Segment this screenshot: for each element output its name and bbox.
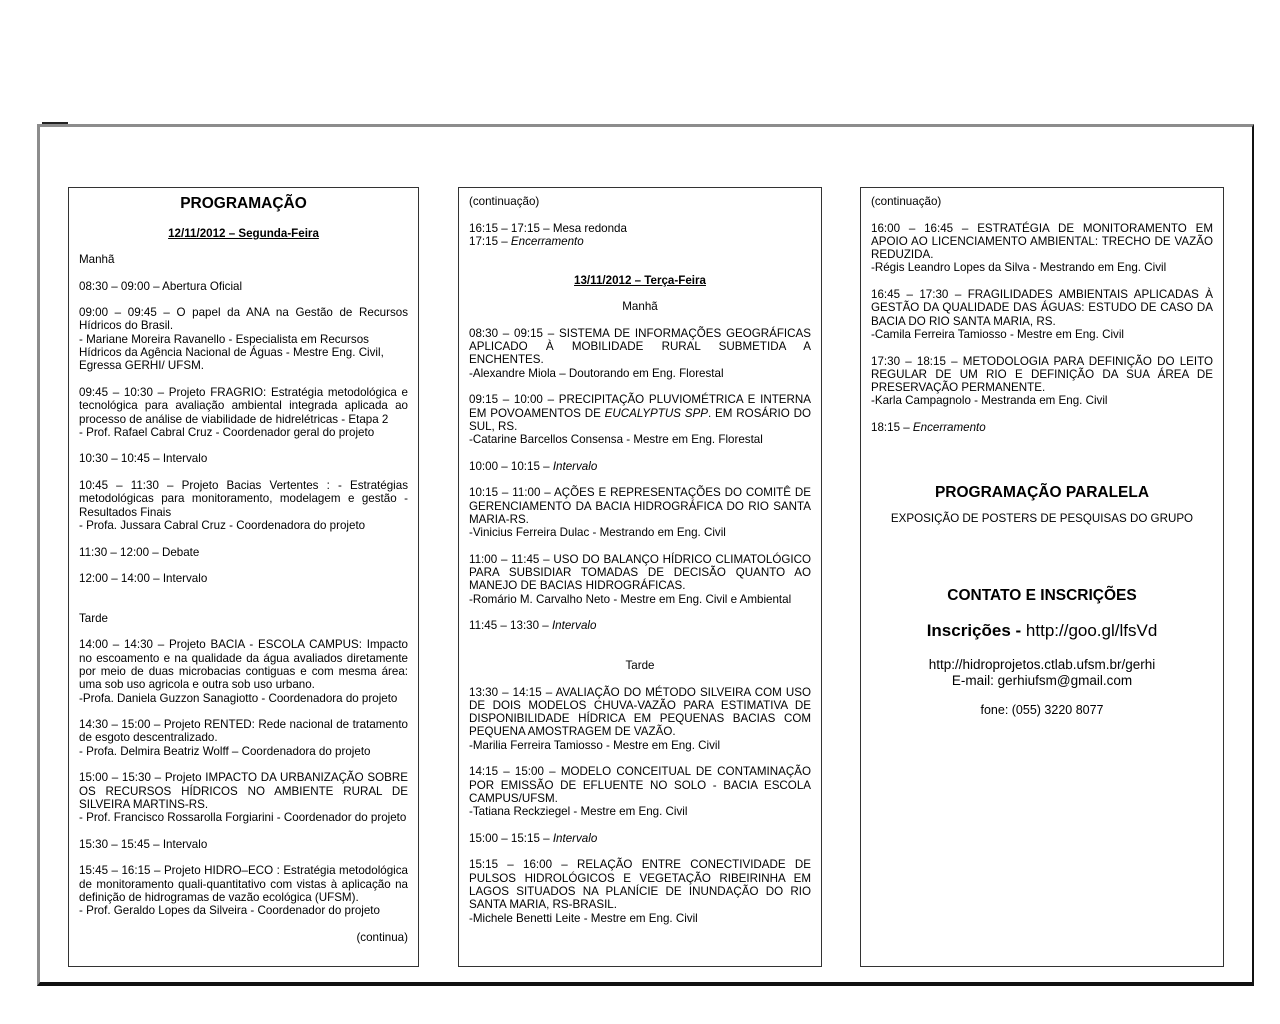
schedule-item: 17:30 – 18:15 – METODOLOGIA PARA DEFINIÇ… xyxy=(871,355,1213,408)
day1-morning-list: 08:30 – 09:00 – Abertura Oficial09:00 – … xyxy=(79,280,408,586)
item-time: 10:45 – 11:30 – xyxy=(79,479,182,492)
phone-contact: fone: (055) 3220 8077 xyxy=(871,704,1213,717)
item-speaker: - Mariane Moreira Ravanello - Especialis… xyxy=(79,333,408,373)
schedule-item: 11:45 – 13:30 – Intervalo xyxy=(469,619,811,632)
schedule-item: 18:15 – Encerramento xyxy=(871,421,1213,434)
schedule-item: 10:30 – 10:45 – Intervalo xyxy=(79,452,408,465)
item-speaker: - Prof. Francisco Rossarolla Forgiarini … xyxy=(79,811,408,824)
item-time: 13:30 – 14:15 – xyxy=(469,686,556,699)
item-text: Intervalo xyxy=(163,838,207,851)
registration-label: Inscrições - xyxy=(927,621,1026,640)
item-text: Encerramento xyxy=(511,235,584,248)
item-speaker: -Catarine Barcellos Consensa - Mestre em… xyxy=(469,433,811,446)
schedule-item: 16:00 – 16:45 – ESTRATÉGIA DE MONITORAME… xyxy=(871,222,1213,275)
item-title: 15:00 – 15:30 – Projeto IMPACTO DA URBAN… xyxy=(79,771,408,811)
panel-day2-continued: (continuação) 16:00 – 16:45 – ESTRATÉGIA… xyxy=(860,187,1224,967)
item-title: 18:15 – Encerramento xyxy=(871,421,1213,434)
schedule-item: 08:30 – 09:00 – Abertura Oficial xyxy=(79,280,408,293)
schedule-item: 14:15 – 15:00 – MODELO CONCEITUAL DE CON… xyxy=(469,765,811,818)
item-time: 09:45 – 10:30 – xyxy=(79,386,169,399)
item-text-italic: EUCALYPTUS SPP xyxy=(605,407,708,420)
item-time: 15:15 – 16:00 – xyxy=(469,858,577,871)
day1-afternoon-label: Tarde xyxy=(79,612,408,625)
item-speaker: - Profa. Jussara Cabral Cruz - Coordenad… xyxy=(79,519,408,532)
item-title: 11:45 – 13:30 – Intervalo xyxy=(469,619,811,632)
item-text: Debate xyxy=(162,546,199,559)
item-text: Intervalo xyxy=(552,619,596,632)
item-title: 11:30 – 12:00 – Debate xyxy=(79,546,408,559)
item-speaker: -Michele Benetti Leite - Mestre em Eng. … xyxy=(469,912,811,925)
item-speaker: -Tatiana Reckziegel - Mestre em Eng. Civ… xyxy=(469,805,811,818)
item-title: 17:30 – 18:15 – METODOLOGIA PARA DEFINIÇ… xyxy=(871,355,1213,395)
schedule-item: 09:00 – 09:45 – O papel da ANA na Gestão… xyxy=(79,306,408,372)
schedule-item: 10:45 – 11:30 – Projeto Bacias Vertentes… xyxy=(79,479,408,532)
item-speaker: -Vinicius Ferreira Dulac - Mestrando em … xyxy=(469,526,811,539)
item-time: 10:30 – 10:45 – xyxy=(79,452,163,465)
item-speaker: -Profa. Daniela Guzzon Sanagiotto - Coor… xyxy=(79,692,408,705)
item-title: 09:15 – 10:00 – PRECIPITAÇÃO PLUVIOMÉTRI… xyxy=(469,393,811,433)
registration-link[interactable]: http://goo.gl/lfsVd xyxy=(1026,621,1157,640)
item-time: 10:15 – 11:00 – xyxy=(469,486,554,499)
day2-morning-label: Manhã xyxy=(469,300,811,313)
item-title: 09:45 – 10:30 – Projeto FRAGRIO: Estraté… xyxy=(79,386,408,426)
item-title: 10:30 – 10:45 – Intervalo xyxy=(79,452,408,465)
item-time: 15:00 – 15:30 – xyxy=(79,771,165,784)
day2-date: 13/11/2012 – Terça-Feira xyxy=(469,274,811,287)
continuation-label: (continuação) xyxy=(871,195,1213,208)
item-time: 16:00 – 16:45 – xyxy=(871,222,977,235)
item-time: 18:15 – xyxy=(871,421,913,434)
item-title: 11:00 – 11:45 – USO DO BALANÇO HÍDRICO C… xyxy=(469,553,811,593)
item-time: 15:30 – 15:45 – xyxy=(79,838,163,851)
schedule-item: 09:15 – 10:00 – PRECIPITAÇÃO PLUVIOMÉTRI… xyxy=(469,393,811,446)
item-time: 14:15 – 15:00 – xyxy=(469,765,561,778)
item-title: 16:45 – 17:30 – FRAGILIDADES AMBIENTAIS … xyxy=(871,288,1213,328)
item-text: Intervalo xyxy=(553,460,597,473)
program-title: PROGRAMAÇÃO xyxy=(79,195,408,213)
item-speaker: - Profa. Delmira Beatriz Wolff – Coorden… xyxy=(79,745,408,758)
website-link[interactable]: http://hidroprojetos.ctlab.ufsm.br/gerhi xyxy=(871,657,1213,673)
item-time: 08:30 – 09:00 – xyxy=(79,280,162,293)
item-title: 10:15 – 11:00 – AÇÕES E REPRESENTAÇÕES D… xyxy=(469,486,811,526)
schedule-item: 11:00 – 11:45 – USO DO BALANÇO HÍDRICO C… xyxy=(469,553,811,606)
item-speaker: -Alexandre Miola – Doutorando em Eng. Fl… xyxy=(469,367,811,380)
item-time: 17:30 – 18:15 – xyxy=(871,355,963,368)
schedule-item: 15:00 – 15:15 – Intervalo xyxy=(469,832,811,845)
item-text: Mesa redonda xyxy=(553,222,627,235)
day2-afternoon-list: 13:30 – 14:15 – AVALIAÇÃO DO MÉTODO SILV… xyxy=(469,686,811,925)
item-time: 08:30 – 09:15 – xyxy=(469,327,559,340)
item-speaker: - Prof. Geraldo Lopes da Silveira - Coor… xyxy=(79,904,408,917)
item-title: 10:00 – 10:15 – Intervalo xyxy=(469,460,811,473)
schedule-item: 10:00 – 10:15 – Intervalo xyxy=(469,460,811,473)
item-time: 15:45 – 16:15 – xyxy=(79,864,164,877)
item-time: 11:00 – 11:45 – xyxy=(469,553,553,566)
panel-programacao: PROGRAMAÇÃO 12/11/2012 – Segunda-Feira M… xyxy=(68,187,419,967)
item-time: 14:00 – 14:30 – xyxy=(79,638,169,651)
closing-item: 17:15 – Encerramento xyxy=(469,235,811,248)
closing-item: 16:15 – 17:15 – Mesa redonda xyxy=(469,222,811,235)
day1-closing: 16:15 – 17:15 – Mesa redonda 17:15 – Enc… xyxy=(469,222,811,249)
schedule-item: 09:45 – 10:30 – Projeto FRAGRIO: Estraté… xyxy=(79,386,408,439)
schedule-item: 08:30 – 09:15 – SISTEMA DE INFORMAÇÕES G… xyxy=(469,327,811,380)
item-title: 08:30 – 09:00 – Abertura Oficial xyxy=(79,280,408,293)
parallel-program-title: PROGRAMAÇÃO PARALELA xyxy=(871,484,1213,502)
schedule-item: 13:30 – 14:15 – AVALIAÇÃO DO MÉTODO SILV… xyxy=(469,686,811,752)
item-time: 11:45 – 13:30 – xyxy=(469,619,552,632)
item-title: 15:30 – 15:45 – Intervalo xyxy=(79,838,408,851)
item-time: 15:00 – 15:15 – xyxy=(469,832,553,845)
schedule-item: 14:00 – 14:30 – Projeto BACIA - ESCOLA C… xyxy=(79,638,408,704)
item-speaker: -Romário M. Carvalho Neto - Mestre em En… xyxy=(469,593,811,606)
schedule-item: 15:45 – 16:15 – Projeto HIDRO–ECO : Estr… xyxy=(79,864,408,917)
schedule-item: 10:15 – 11:00 – AÇÕES E REPRESENTAÇÕES D… xyxy=(469,486,811,539)
item-text: Abertura Oficial xyxy=(162,280,242,293)
item-time: 12:00 – 14:00 – xyxy=(79,572,163,585)
email-contact[interactable]: E-mail: gerhiufsm@gmail.com xyxy=(871,673,1213,689)
item-title: 16:00 – 16:45 – ESTRATÉGIA DE MONITORAME… xyxy=(871,222,1213,262)
item-text: Encerramento xyxy=(913,421,986,434)
item-title: 12:00 – 14:00 – Intervalo xyxy=(79,572,408,585)
item-title: 15:15 – 16:00 – RELAÇÃO ENTRE CONECTIVID… xyxy=(469,858,811,911)
item-time: 09:00 – 09:45 – xyxy=(79,306,177,319)
schedule-item: 11:30 – 12:00 – Debate xyxy=(79,546,408,559)
registration-line: Inscrições - http://goo.gl/lfsVd xyxy=(871,621,1213,641)
continuation-label: (continuação) xyxy=(469,195,811,208)
item-speaker: -Marilia Ferreira Tamiosso - Mestre em E… xyxy=(469,739,811,752)
item-title: 08:30 – 09:15 – SISTEMA DE INFORMAÇÕES G… xyxy=(469,327,811,367)
day1-morning-label: Manhã xyxy=(79,253,408,266)
item-title: 09:00 – 09:45 – O papel da ANA na Gestão… xyxy=(79,306,408,333)
item-title: 14:30 – 15:00 – Projeto RENTED: Rede nac… xyxy=(79,718,408,745)
schedule-item: 15:15 – 16:00 – RELAÇÃO ENTRE CONECTIVID… xyxy=(469,858,811,924)
item-time: 16:15 – 17:15 – xyxy=(469,222,553,235)
item-title: 15:00 – 15:15 – Intervalo xyxy=(469,832,811,845)
day1-afternoon-list: 14:00 – 14:30 – Projeto BACIA - ESCOLA C… xyxy=(79,638,408,917)
item-text: Intervalo xyxy=(163,452,207,465)
panel-day2: (continuação) 16:15 – 17:15 – Mesa redon… xyxy=(458,187,822,967)
schedule-item: 15:30 – 15:45 – Intervalo xyxy=(79,838,408,851)
item-text: Intervalo xyxy=(553,832,597,845)
schedule-item: 14:30 – 15:00 – Projeto RENTED: Rede nac… xyxy=(79,718,408,758)
item-title: 13:30 – 14:15 – AVALIAÇÃO DO MÉTODO SILV… xyxy=(469,686,811,739)
schedule-item: 12:00 – 14:00 – Intervalo xyxy=(79,572,408,585)
continua-label: (continua) xyxy=(79,931,408,944)
item-time: 14:30 – 15:00 – xyxy=(79,718,164,731)
item-time: 16:45 – 17:30 – xyxy=(871,288,968,301)
day2-late-afternoon-list: 16:00 – 16:45 – ESTRATÉGIA DE MONITORAME… xyxy=(871,222,1213,435)
item-title: 14:00 – 14:30 – Projeto BACIA - ESCOLA C… xyxy=(79,638,408,691)
item-time: 09:15 – 10:00 – xyxy=(469,393,559,406)
schedule-item: 16:45 – 17:30 – FRAGILIDADES AMBIENTAIS … xyxy=(871,288,1213,341)
item-speaker: -Karla Campagnolo - Mestranda em Eng. Ci… xyxy=(871,394,1213,407)
item-speaker: - Prof. Rafael Cabral Cruz - Coordenador… xyxy=(79,426,408,439)
day2-afternoon-label: Tarde xyxy=(469,659,811,672)
day2-morning-list: 08:30 – 09:15 – SISTEMA DE INFORMAÇÕES G… xyxy=(469,327,811,633)
item-title: 10:45 – 11:30 – Projeto Bacias Vertentes… xyxy=(79,479,408,519)
item-time: 17:15 – xyxy=(469,235,511,248)
day1-date: 12/11/2012 – Segunda-Feira xyxy=(79,227,408,240)
item-time: 11:30 – 12:00 – xyxy=(79,546,162,559)
parallel-program-text: EXPOSIÇÃO DE POSTERS DE PESQUISAS DO GRU… xyxy=(871,512,1213,525)
contact-title: CONTATO E INSCRIÇÕES xyxy=(871,587,1213,605)
schedule-item: 15:00 – 15:30 – Projeto IMPACTO DA URBAN… xyxy=(79,771,408,824)
item-text: Intervalo xyxy=(163,572,207,585)
item-title: 14:15 – 15:00 – MODELO CONCEITUAL DE CON… xyxy=(469,765,811,805)
item-speaker: -Camila Ferreira Tamiosso - Mestre em En… xyxy=(871,328,1213,341)
item-speaker: -Régis Leandro Lopes da Silva - Mestrand… xyxy=(871,261,1213,274)
item-title: 15:45 – 16:15 – Projeto HIDRO–ECO : Estr… xyxy=(79,864,408,904)
item-time: 10:00 – 10:15 – xyxy=(469,460,553,473)
